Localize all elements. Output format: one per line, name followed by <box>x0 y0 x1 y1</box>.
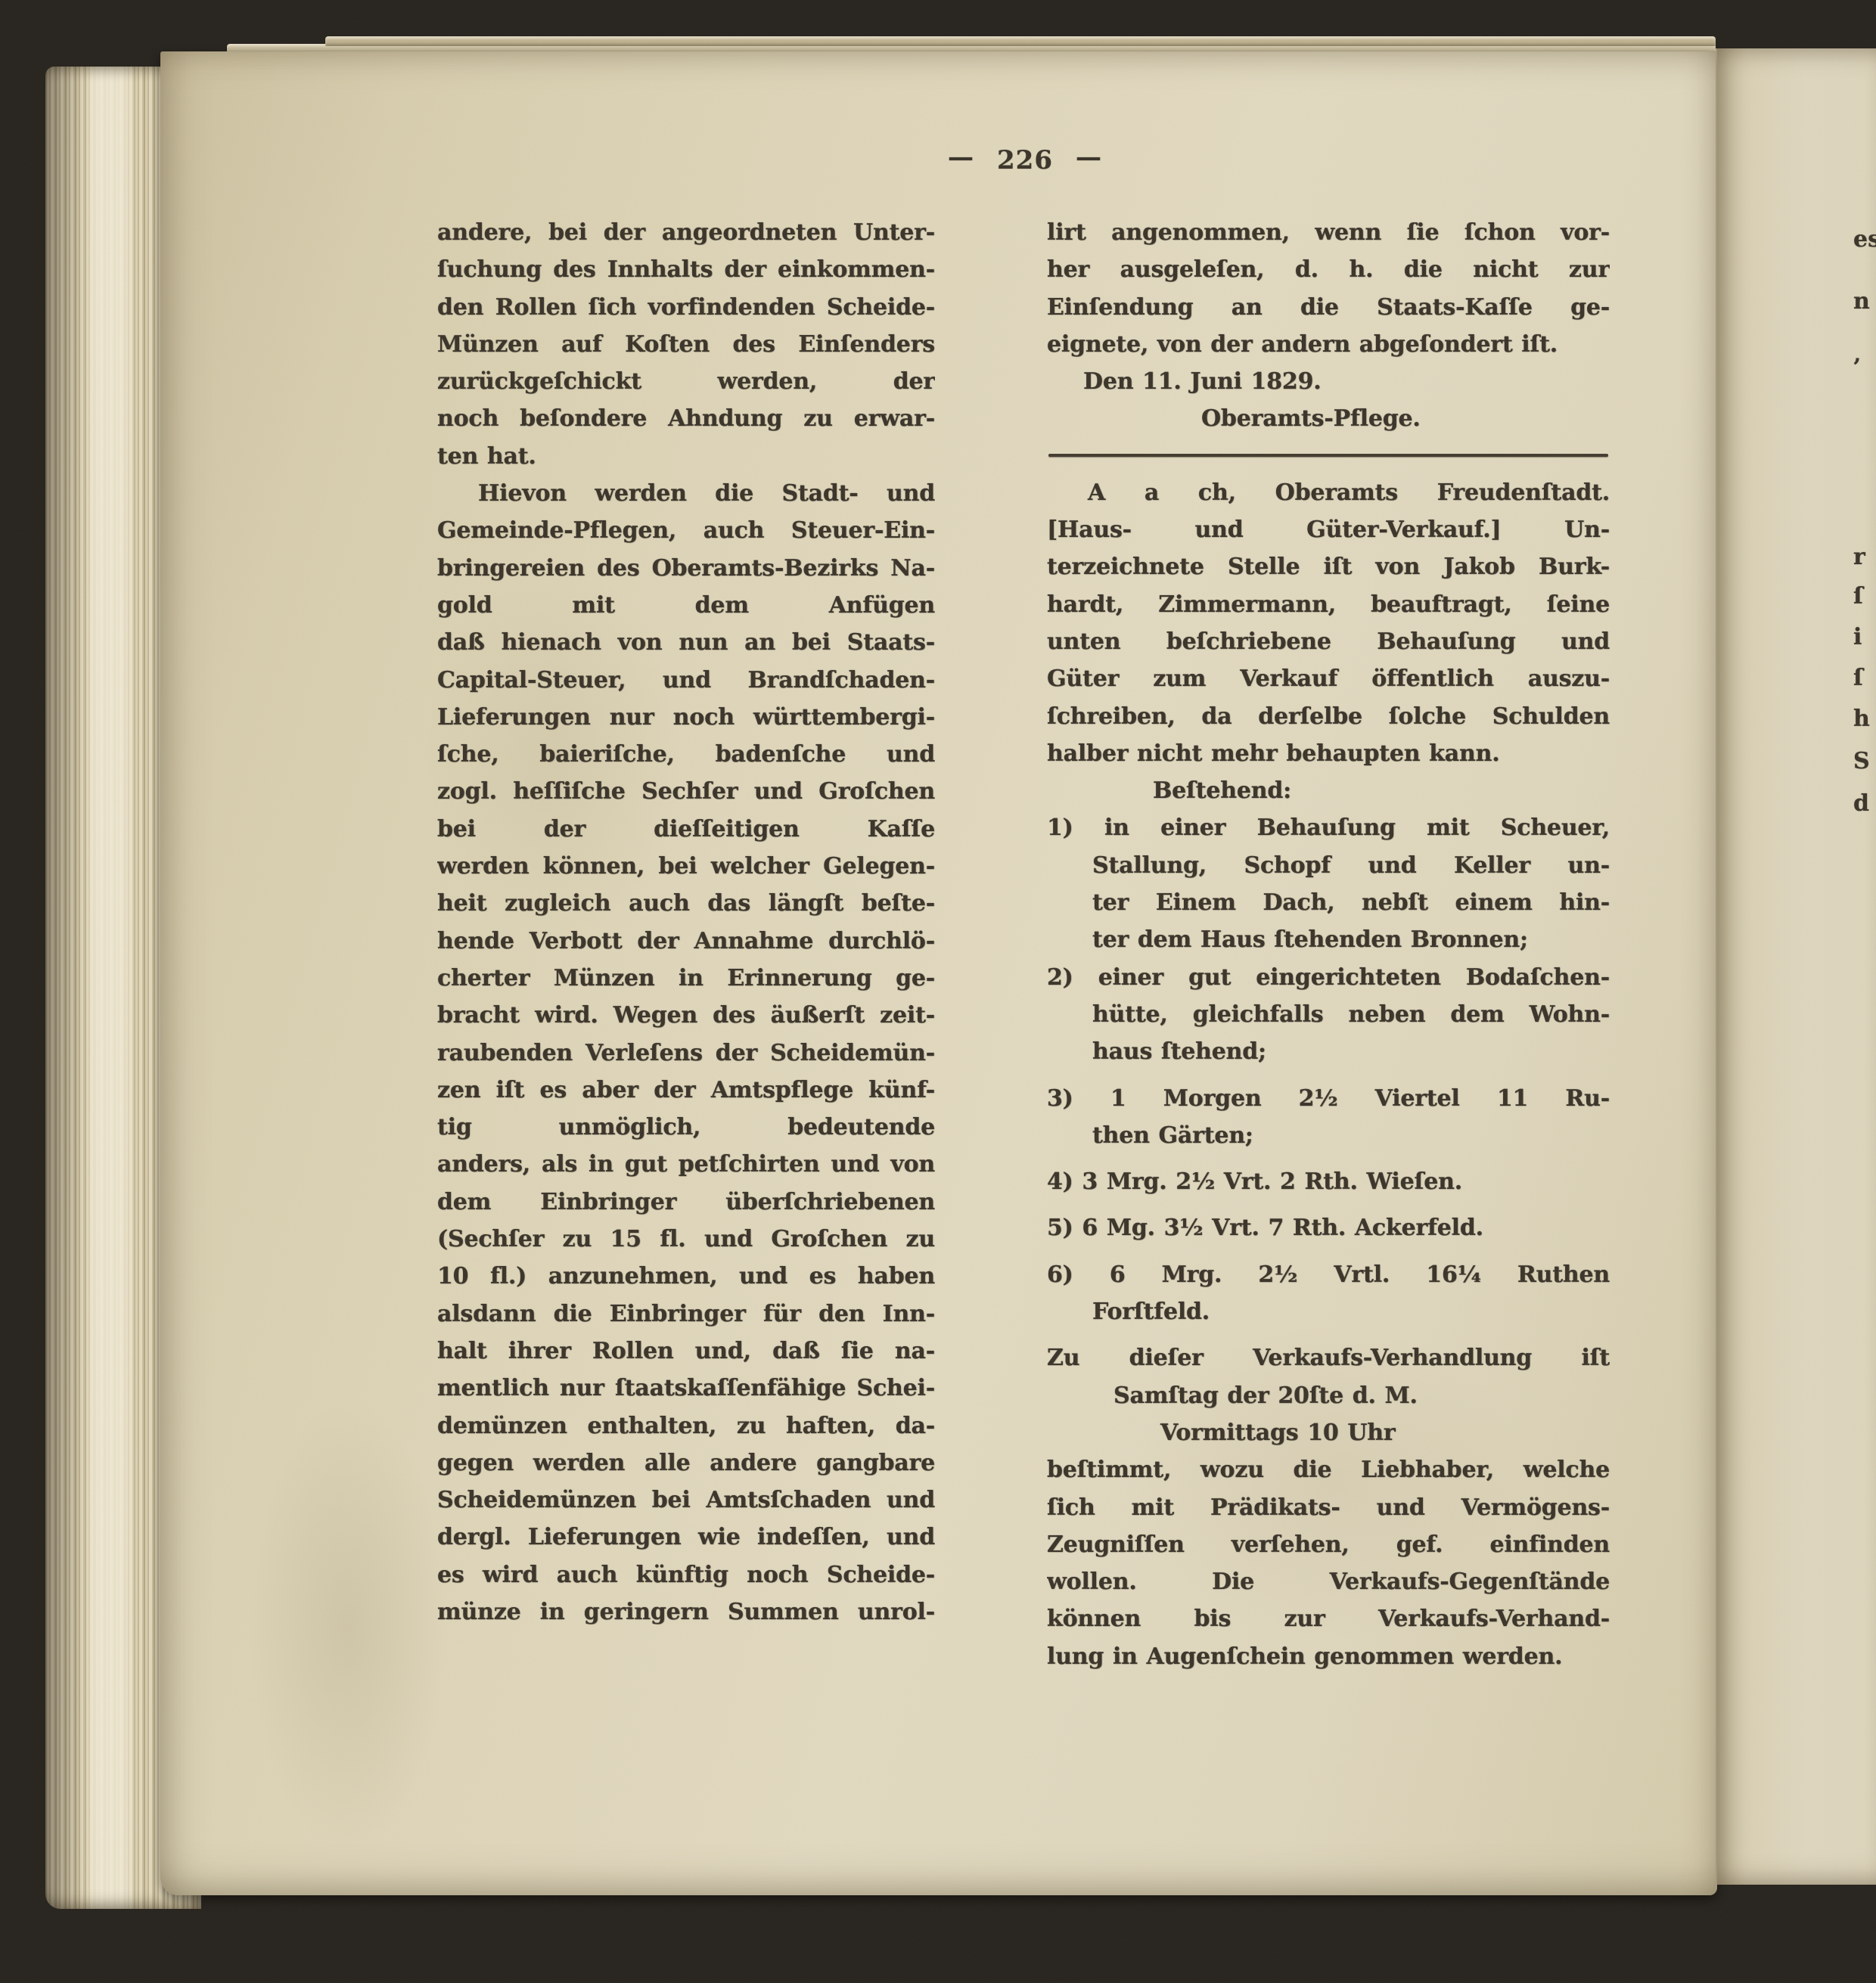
book-scan: —226— andere, bei der angeordneten Unter… <box>0 0 1876 1983</box>
text-line: Zeugniſſen verſehen, gef. einfinden <box>1047 1527 1610 1564</box>
text-line: 1) in einer Behauſung mit Scheuer, <box>1047 810 1610 847</box>
text-line: daß hienach von nun an bei Staats- <box>437 625 935 662</box>
text-line: bracht wird. Wegen des äußerſt zeit- <box>437 998 935 1035</box>
text-line: zurückgeſchickt werden, der auſſerdem <box>437 364 935 401</box>
text-line: lung in Augenſchein genommen werden. <box>1047 1639 1610 1676</box>
text-line: cherter Münzen in Erinnerung ge- <box>437 960 935 998</box>
text-line: andere, bei der angeordneten Unter- <box>437 215 935 252</box>
text-line: Forſtfeld. <box>1047 1294 1610 1331</box>
text-line: Gemeinde-Pflegen, auch Steuer-Ein- <box>437 513 935 550</box>
text-line: 3) 1 Morgen 2½ Viertel 11 Ru- <box>1047 1081 1610 1118</box>
text-line: mentlich nur ſtaatskaſſenfähige Schei- <box>437 1370 935 1407</box>
text-line: zen iſt es aber der Amtspflege künf- <box>437 1072 935 1109</box>
text-line: Zu dieſer Verkaufs-Verhandlung iſt <box>1047 1340 1610 1377</box>
text-line: 2) einer gut eingerichteten Bodaſchen- <box>1047 960 1610 997</box>
text-line: hende Verbott der Annahme durchlö- <box>437 923 935 960</box>
text-line: hardt, Zimmermann, beauftragt, ſeine <box>1047 587 1610 624</box>
text-line: terzeichnete Stelle iſt von Jakob Burk- <box>1047 549 1610 586</box>
page-edge-text-fragment: es <box>1853 224 1876 257</box>
text-line: 10 fl.) anzunehmen, und es haben <box>437 1258 935 1296</box>
text-line: (Sechſer zu 15 fl. und Groſchen zu <box>437 1221 935 1258</box>
page-edge-text-fragment: r <box>1853 542 1876 575</box>
text-line: eignete, von der andern abgeſondert iſt. <box>1047 327 1610 364</box>
page-edge-text-fragment: n <box>1853 286 1876 319</box>
text-line: 5) 6 Mg. 3½ Vrt. 7 Rth. Ackerfeld. <box>1047 1210 1610 1247</box>
text-line: Beſtehend: <box>1047 773 1610 810</box>
text-line: dergl. Lieferungen wie indeſſen, und <box>437 1519 935 1556</box>
text-line: noch beſondere Ahndung zu erwar- <box>437 401 935 438</box>
header-dash-right: — <box>1076 142 1102 172</box>
text-line: Scheidemünzen bei Amtsſchaden und <box>437 1482 935 1519</box>
page-edge-text-fragment: d <box>1853 788 1876 821</box>
text-line: ter Einem Dach, nebſt einem hin- <box>1047 885 1610 922</box>
text-line: Güter zum Verkauf öffentlich auszu- <box>1047 661 1610 698</box>
text-line: ſich mit Prädikats- und Vermögens- <box>1047 1490 1610 1527</box>
page-edge-text-fragment: i <box>1853 622 1876 655</box>
text-column-right: lirt angenommen, wenn ſie ſchon vor-her … <box>1047 215 1610 1676</box>
section-divider <box>1048 454 1608 457</box>
text-line: bringereien des Oberamts-Bezirks Na- <box>437 551 935 588</box>
text-line: then Gärten; <box>1047 1118 1610 1155</box>
text-line: werden können, bei welcher Gelegen- <box>437 849 935 886</box>
text-line: beſtimmt, wozu die Liebhaber, welche <box>1047 1452 1610 1489</box>
text-line: halber nicht mehr behaupten kann. <box>1047 736 1610 773</box>
text-line: tig unmöglich, bedeutende Lieferungen <box>437 1109 935 1147</box>
text-line: den Rollen ſich vorfindenden Scheide- <box>437 290 935 327</box>
page-edge-text-fragment: S <box>1853 746 1876 779</box>
text-line: ſche, baieriſche, badenſche und großher- <box>437 737 935 774</box>
text-line: Capital-Steuer, und Brandſchaden- <box>437 663 935 700</box>
text-line: Einſendung an die Staats-Kaſſe ge- <box>1047 290 1610 327</box>
next-page-edge <box>1716 48 1876 1885</box>
text-line: dem Einbringer überſchriebenen Rollen <box>437 1184 935 1221</box>
page-edge-text-fragment: ſ <box>1853 663 1876 696</box>
text-line: anders, als in gut petſchirten und von <box>437 1147 935 1184</box>
text-line: gegen werden alle andere gangbare <box>437 1445 935 1482</box>
text-line: Den 11. Juni 1829. <box>1047 364 1610 401</box>
text-column-left: andere, bei der angeordneten Unter-ſuchu… <box>437 215 935 1631</box>
text-line: können bis zur Verkaufs-Verhand- <box>1047 1601 1610 1638</box>
text-line: her ausgeleſen, d. h. die nicht zur <box>1047 252 1610 289</box>
text-line: ſchreiben, da derſelbe ſolche Schulden <box>1047 699 1610 736</box>
text-line: haus ſtehend; <box>1047 1034 1610 1071</box>
page-edge-text-fragment: ‚ <box>1853 339 1876 372</box>
leaf-edge <box>325 36 1716 46</box>
text-line: 6) 6 Mrg. 2½ Vrtl. 16¼ Ruthen <box>1047 1257 1610 1294</box>
page-edge-text-fragment: h <box>1853 703 1876 737</box>
page-number: 226 <box>997 145 1053 175</box>
text-line: unten beſchriebene Behauſung und <box>1047 624 1610 661</box>
text-line: gold mit dem Anfügen benachrichtiget, <box>437 588 935 625</box>
text-line: alsdann die Einbringer für den Inn- <box>437 1296 935 1333</box>
text-line: münze in geringern Summen unrol- <box>437 1594 935 1631</box>
text-line: raubenden Verleſens der Scheidemün- <box>437 1035 935 1072</box>
text-line: hütte, gleichfalls neben dem Wohn- <box>1047 997 1610 1034</box>
text-line: ter dem Haus ſtehenden Bronnen; <box>1047 922 1610 959</box>
text-line: Lieferungen nur noch württembergi- <box>437 700 935 737</box>
text-line: ten hat. <box>437 439 935 476</box>
text-line: Oberamts-Pflege. <box>1047 401 1610 438</box>
text-line: wollen. Die Verkaufs-Gegenſtände <box>1047 1564 1610 1601</box>
page-edge-text-fragment: ſ <box>1853 581 1876 614</box>
text-line: halt ihrer Rollen und, daß ſie na- <box>437 1333 935 1370</box>
header-dash-left: — <box>948 142 974 172</box>
text-line: Münzen auf Koſten des Einſenders <box>437 327 935 364</box>
text-line: A a ch, Oberamts Freudenſtadt. <box>1047 475 1610 512</box>
text-line: bei der dieſſeitigen Kaſſe angenommen <box>437 812 935 849</box>
text-line: [Haus- und Güter-Verkauf.] Un- <box>1047 512 1610 549</box>
text-line: Vormittags 10 Uhr <box>1047 1415 1610 1452</box>
text-line: Samſtag der 20ſte d. M. <box>1047 1378 1610 1415</box>
text-line: ſuchung des Innhalts der einkommen- <box>437 252 935 289</box>
text-line: zogl. heſſiſche Sechſer und Groſchen <box>437 774 935 811</box>
text-line: heit zugleich auch das längſt beſte- <box>437 886 935 923</box>
text-line: lirt angenommen, wenn ſie ſchon vor- <box>1047 215 1610 252</box>
text-line: 4) 3 Mrg. 2½ Vrt. 2 Rth. Wieſen. <box>1047 1164 1610 1201</box>
text-line: Stallung, Schopf und Keller un- <box>1047 848 1610 885</box>
text-line: es wird auch künftig noch Scheide- <box>437 1557 935 1594</box>
text-line: Hievon werden die Stadt- und <box>437 476 935 513</box>
text-line: demünzen enthalten, zu haften, da- <box>437 1408 935 1445</box>
page-number-header: —226— <box>437 145 1613 185</box>
